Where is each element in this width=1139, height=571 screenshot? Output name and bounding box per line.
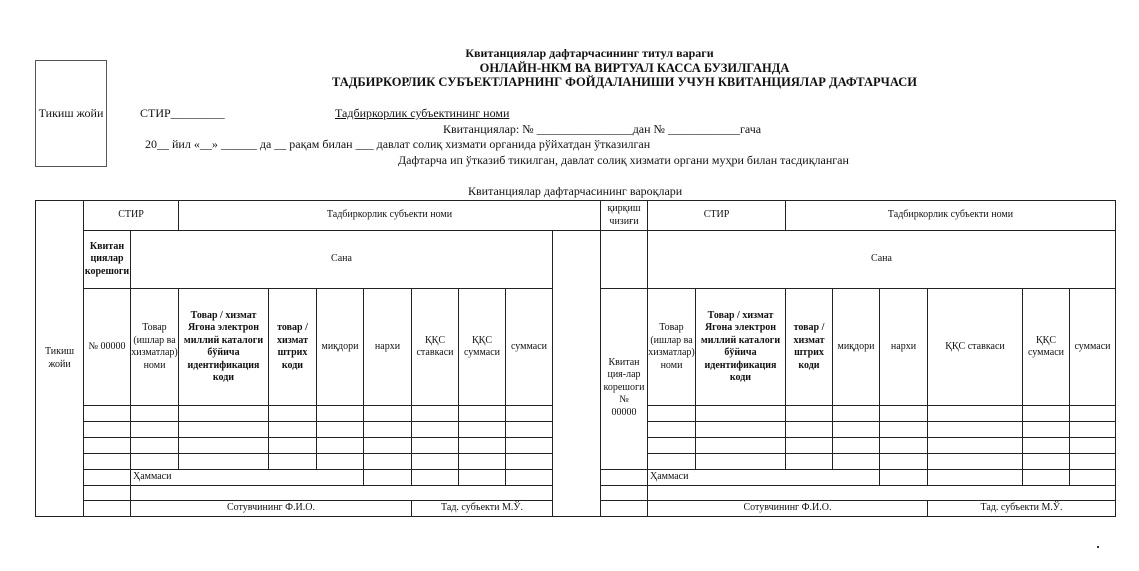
item-cell-left — [506, 422, 553, 438]
stub-right-label: Квитан ция-лар корешоги № — [601, 357, 647, 407]
date-header-left: Сана — [131, 231, 553, 289]
column-header-left: Товар / хизмат Ягона электрон миллий кат… — [179, 289, 269, 406]
item-cell-right — [928, 454, 1023, 470]
entity-stamp-right: Тад. субъекти М.Ў. — [928, 501, 1116, 517]
stub-right-blank — [601, 231, 648, 289]
table-row: Тикиш жойиСТИРТадбиркорлик субъекти номи… — [36, 201, 1116, 231]
stub-right-cell — [601, 501, 648, 517]
stub-right-cell — [601, 486, 648, 501]
item-cell-right — [1070, 438, 1116, 454]
total-cell-left — [412, 470, 459, 486]
registration-line: 20__ йил «__» ______ да __ рақам билан _… — [145, 137, 650, 152]
receipt-sheet-table: Тикиш жойиСТИРТадбиркорлик субъекти номи… — [35, 200, 1116, 517]
total-cell-right — [928, 470, 1023, 486]
column-header-left: товар / хизмат штрих коди — [269, 289, 317, 406]
item-cell-left — [269, 422, 317, 438]
column-header-right: ҚҚС суммаси — [1023, 289, 1070, 406]
item-cell-left — [364, 438, 412, 454]
item-cell-left — [506, 438, 553, 454]
stub-left-cell — [84, 454, 131, 470]
item-cell-right — [928, 406, 1023, 422]
total-label-right: Ҳаммаси — [648, 470, 880, 486]
stub-left-cell — [84, 470, 131, 486]
item-cell-right — [1023, 422, 1070, 438]
column-header-left: ҚҚС ставкаси — [412, 289, 459, 406]
item-cell-right — [833, 454, 880, 470]
item-cell-left — [269, 406, 317, 422]
item-cell-left — [412, 422, 459, 438]
stub-right-cell — [601, 470, 648, 486]
item-cell-left — [412, 406, 459, 422]
item-cell-right — [786, 406, 833, 422]
entity-stamp-left: Тад. субъекти М.Ў. — [412, 501, 553, 517]
seller-name-left: Сотувчининг Ф.И.О. — [131, 501, 412, 517]
item-cell-left — [179, 438, 269, 454]
item-cell-right — [928, 422, 1023, 438]
item-cell-left — [131, 422, 179, 438]
cut-line-column — [553, 231, 601, 517]
stub-left-cell — [84, 501, 131, 517]
stub-number-left: № 00000 — [84, 289, 131, 406]
item-cell-right — [696, 406, 786, 422]
item-cell-right — [648, 454, 696, 470]
tin-field: СТИР_________ — [140, 106, 225, 121]
item-cell-left — [131, 438, 179, 454]
item-cell-left — [269, 438, 317, 454]
column-header-right: ҚҚС ставкаси — [928, 289, 1023, 406]
item-cell-left — [317, 454, 364, 470]
item-cell-left — [506, 454, 553, 470]
item-cell-left — [412, 454, 459, 470]
stitch-place-cell: Тикиш жойи — [36, 201, 84, 517]
column-header-right: Товар / хизмат Ягона электрон миллий кат… — [696, 289, 786, 406]
item-cell-right — [880, 438, 928, 454]
item-cell-left — [131, 454, 179, 470]
item-cell-right — [696, 422, 786, 438]
item-cell-right — [833, 406, 880, 422]
column-header-right: миқдори — [833, 289, 880, 406]
column-header-right: суммаси — [1070, 289, 1116, 406]
item-cell-right — [1023, 454, 1070, 470]
tin-header-left: СТИР — [84, 201, 179, 231]
item-cell-right — [833, 438, 880, 454]
item-cell-left — [412, 438, 459, 454]
column-header-left: миқдори — [317, 289, 364, 406]
item-cell-right — [1070, 454, 1116, 470]
item-cell-left — [459, 438, 506, 454]
total-label-left: Ҳаммаси — [131, 470, 364, 486]
item-cell-left — [506, 406, 553, 422]
cut-line-header: қирқиш чизиғи — [601, 201, 648, 231]
blank-row-right — [648, 486, 1116, 501]
page-dot — [1097, 546, 1099, 548]
item-cell-left — [131, 406, 179, 422]
item-cell-left — [179, 422, 269, 438]
total-cell-right — [880, 470, 928, 486]
item-cell-left — [269, 454, 317, 470]
total-cell-left — [506, 470, 553, 486]
tin-header-right: СТИР — [648, 201, 786, 231]
item-cell-right — [1070, 422, 1116, 438]
entity-name-header-left: Тадбиркорлик субъекти номи — [179, 201, 601, 231]
item-cell-left — [317, 422, 364, 438]
column-header-left: суммаси — [506, 289, 553, 406]
table-row: Квитан циялар корешогиСанаСана — [36, 231, 1116, 289]
title-line-3: ТАДБИРКОРЛИК СУБЪЕКТЛАРНИНГ ФОЙДАЛАНИШИ … — [0, 75, 1139, 90]
item-cell-right — [786, 438, 833, 454]
item-cell-left — [459, 422, 506, 438]
item-cell-right — [833, 422, 880, 438]
item-cell-right — [1023, 406, 1070, 422]
item-cell-right — [1070, 406, 1116, 422]
sheets-title: Квитанциялар дафтарчасининг вароқлари — [468, 184, 682, 199]
blank-row-left — [131, 486, 553, 501]
stub-header-right: Квитан ция-лар корешоги №00000 — [601, 289, 648, 470]
column-header-left: нархи — [364, 289, 412, 406]
entity-name-header-right: Тадбиркорлик субъекти номи — [786, 201, 1116, 231]
item-cell-left — [179, 406, 269, 422]
total-cell-left — [459, 470, 506, 486]
column-header-right: товар / хизмат штрих коди — [786, 289, 833, 406]
stub-header-left: Квитан циялар корешоги — [84, 231, 131, 289]
column-header-right: нархи — [880, 289, 928, 406]
item-cell-right — [880, 422, 928, 438]
item-cell-left — [364, 422, 412, 438]
receipts-range: Квитанциялар: № ________________дан № __… — [443, 122, 761, 137]
item-cell-right — [786, 422, 833, 438]
item-cell-left — [459, 454, 506, 470]
item-cell-right — [696, 438, 786, 454]
item-cell-left — [179, 454, 269, 470]
item-cell-left — [317, 438, 364, 454]
seller-name-right: Сотувчининг Ф.И.О. — [648, 501, 928, 517]
item-cell-right — [928, 438, 1023, 454]
total-cell-right — [1070, 470, 1116, 486]
item-cell-right — [880, 406, 928, 422]
item-cell-left — [317, 406, 364, 422]
stub-left-cell — [84, 422, 131, 438]
total-cell-left — [364, 470, 412, 486]
title-line-1: Квитанциялар дафтарчасининг титул вараги — [0, 46, 1139, 61]
item-cell-left — [364, 454, 412, 470]
date-header-right: Сана — [648, 231, 1116, 289]
title-line-2: ОНЛАЙН-НКМ ВА ВИРТУАЛ КАССА БУЗИЛГАНДА — [0, 61, 1139, 76]
column-header-left: ҚҚС суммаси — [459, 289, 506, 406]
item-cell-right — [696, 454, 786, 470]
stub-right-number: 00000 — [601, 407, 647, 420]
item-cell-right — [1023, 438, 1070, 454]
item-cell-right — [880, 454, 928, 470]
item-cell-right — [786, 454, 833, 470]
stamp-line: Дафтарча ип ўтказиб тикилган, давлат сол… — [398, 153, 849, 168]
stub-left-cell — [84, 486, 131, 501]
stitch-place-box: Тикиш жойи — [35, 60, 107, 167]
item-cell-right — [648, 438, 696, 454]
item-cell-right — [648, 422, 696, 438]
stub-left-cell — [84, 406, 131, 422]
item-cell-left — [459, 406, 506, 422]
item-cell-left — [364, 406, 412, 422]
total-cell-right — [1023, 470, 1070, 486]
stub-left-cell — [84, 438, 131, 454]
column-header-left: Товар (ишлар ва хизматлар) номи — [131, 289, 179, 406]
item-cell-right — [648, 406, 696, 422]
entity-name-label: Тадбиркорлик субъектининг номи — [335, 106, 509, 121]
column-header-right: Товар (ишлар ва хизматлар) номи — [648, 289, 696, 406]
stitch-place-label: Тикиш жойи — [39, 106, 104, 121]
